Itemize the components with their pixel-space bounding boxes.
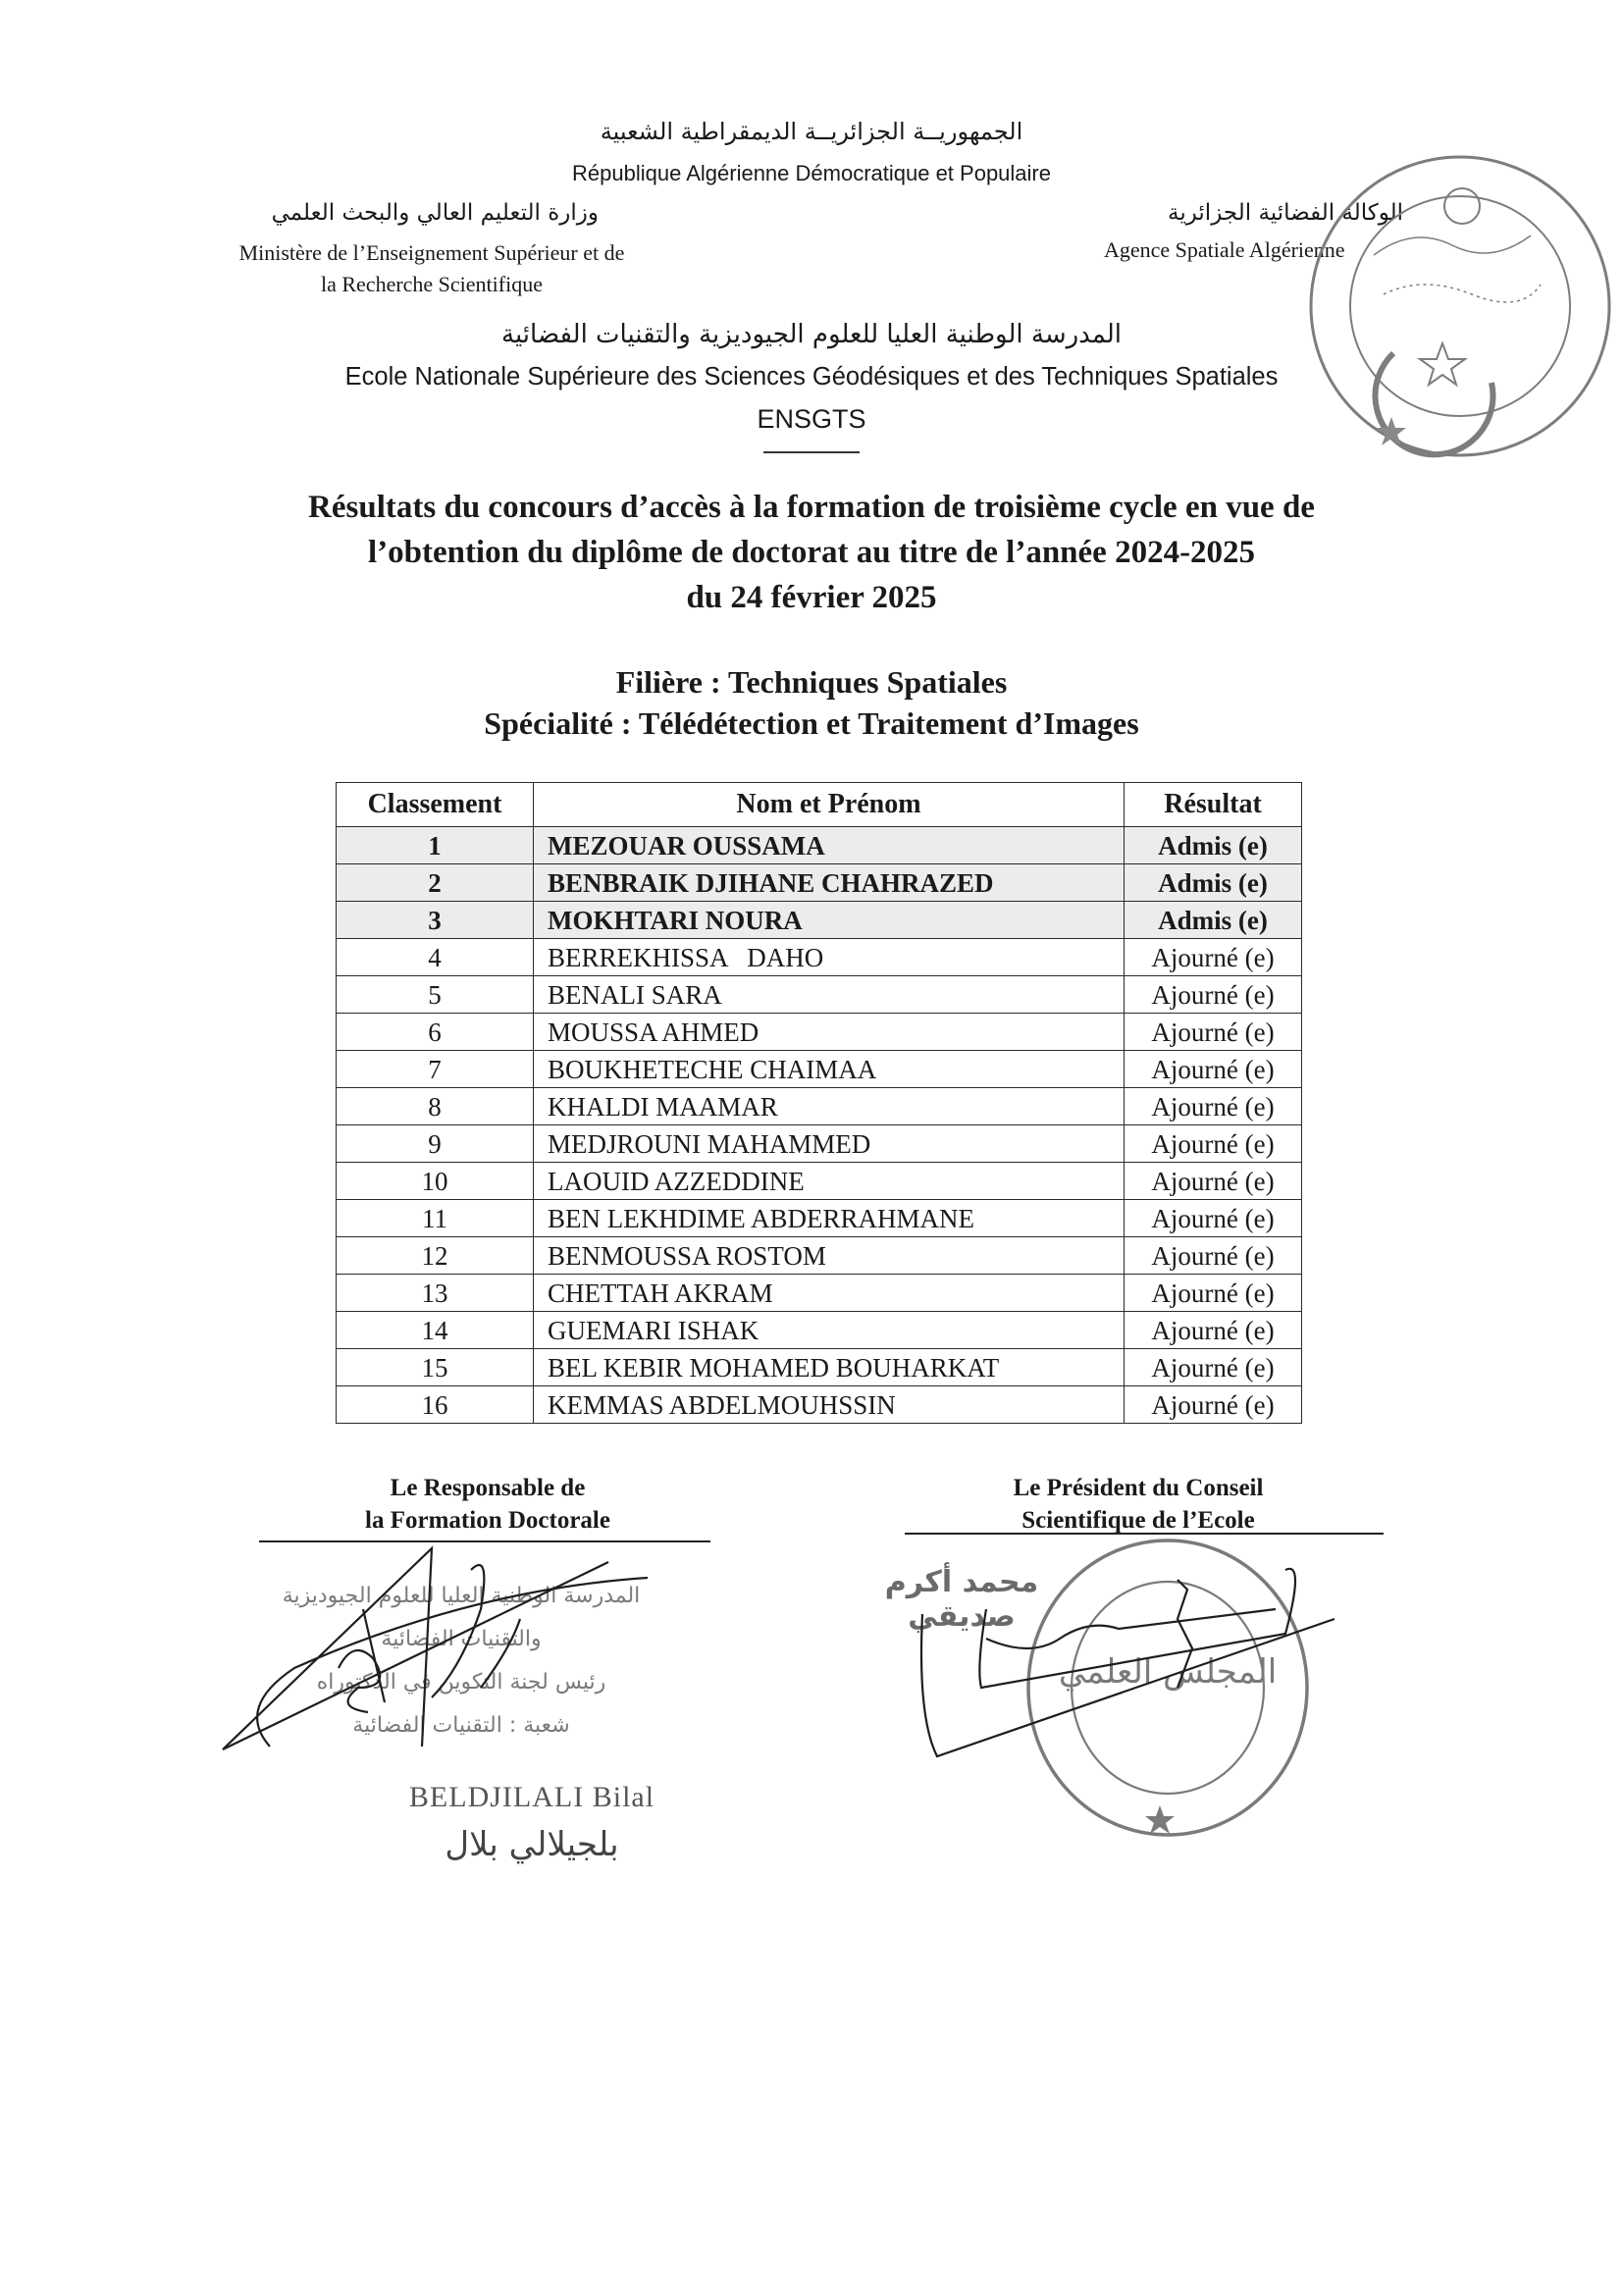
rank-cell: 11: [337, 1200, 534, 1237]
table-row: 13CHETTAH AKRAMAjourné (e): [337, 1275, 1302, 1312]
rank-cell: 16: [337, 1386, 534, 1424]
header-french-school: Ecole Nationale Supérieure des Sciences …: [0, 363, 1623, 391]
result-cell: Ajourné (e): [1125, 939, 1302, 976]
rank-cell: 12: [337, 1237, 534, 1275]
table-row: 7BOUKHETECHE CHAIMAAAjourné (e): [337, 1051, 1302, 1088]
left-stamp-line: رئيس لجنة التكوين في الدكتوراه: [265, 1661, 657, 1704]
name-cell: MOKHTARI NOURA: [534, 902, 1125, 939]
result-cell: Ajourné (e): [1125, 1237, 1302, 1275]
result-cell: Admis (e): [1125, 902, 1302, 939]
filiere-label: Filière : Techniques Spatiales: [0, 661, 1623, 703]
signer-left-name-arabic: بلجيلالي بلال: [365, 1825, 699, 1864]
column-header-rank: Classement: [337, 783, 534, 827]
name-cell: BENMOUSSA ROSTOM: [534, 1237, 1125, 1275]
name-cell: BEL KEBIR MOHAMED BOUHARKAT: [534, 1349, 1125, 1386]
name-cell: KEMMAS ABDELMOUHSSIN: [534, 1386, 1125, 1424]
result-cell: Ajourné (e): [1125, 1163, 1302, 1200]
rank-cell: 14: [337, 1312, 534, 1349]
name-cell: LAOUID AZZEDDINE: [534, 1163, 1125, 1200]
table-header-row: Classement Nom et Prénom Résultat: [337, 783, 1302, 827]
header-arabic-republic: الجمهوريــة الجزائريــة الديمقراطية الشع…: [0, 118, 1623, 145]
header-french-agency: Agence Spatiale Algérienne: [1104, 237, 1418, 263]
result-cell: Ajourné (e): [1125, 976, 1302, 1014]
table-row: 6MOUSSA AHMEDAjourné (e): [337, 1014, 1302, 1051]
signature-right-rule: [905, 1533, 1384, 1535]
title-line-1: Résultats du concours d’accès à la forma…: [147, 485, 1476, 530]
result-cell: Ajourné (e): [1125, 1200, 1302, 1237]
document-title: Résultats du concours d’accès à la forma…: [147, 485, 1476, 620]
name-cell: BENBRAIK DJIHANE CHAHRAZED: [534, 864, 1125, 902]
svg-text:المجلس العلمي: المجلس العلمي: [1059, 1652, 1277, 1692]
results-table-body: 1MEZOUAR OUSSAMAAdmis (e)2BENBRAIK DJIHA…: [337, 827, 1302, 1424]
program-info: Filière : Techniques Spatiales Spécialit…: [0, 661, 1623, 744]
rank-cell: 13: [337, 1275, 534, 1312]
rank-cell: 1: [337, 827, 534, 864]
result-cell: Ajourné (e): [1125, 1088, 1302, 1125]
result-cell: Ajourné (e): [1125, 1349, 1302, 1386]
result-cell: Ajourné (e): [1125, 1051, 1302, 1088]
name-cell: MEZOUAR OUSSAMA: [534, 827, 1125, 864]
rank-cell: 15: [337, 1349, 534, 1386]
table-row: 8KHALDI MAAMARAjourné (e): [337, 1088, 1302, 1125]
signature-left-title-line-1: Le Responsable de: [257, 1472, 718, 1504]
name-cell: BEN LEKHDIME ABDERRAHMANE: [534, 1200, 1125, 1237]
header-french-ministry: Ministère de l’Enseignement Supérieur et…: [186, 237, 677, 300]
left-stamp-text: المدرسة الوطنية العليا للعلوم الجيوديزية…: [265, 1575, 657, 1748]
table-row: 2BENBRAIK DJIHANE CHAHRAZEDAdmis (e): [337, 864, 1302, 902]
rank-cell: 3: [337, 902, 534, 939]
result-cell: Ajourné (e): [1125, 1312, 1302, 1349]
left-stamp-line: شعبة : التقنيات الفضائية: [265, 1704, 657, 1748]
table-row: 9MEDJROUNI MAHAMMEDAjourné (e): [337, 1125, 1302, 1163]
table-row: 15BEL KEBIR MOHAMED BOUHARKATAjourné (e): [337, 1349, 1302, 1386]
table-row: 5BENALI SARAAjourné (e): [337, 976, 1302, 1014]
column-header-name: Nom et Prénom: [534, 783, 1125, 827]
header-arabic-school: المدرسة الوطنية العليا للعلوم الجيوديزية…: [0, 320, 1623, 349]
name-cell: CHETTAH AKRAM: [534, 1275, 1125, 1312]
rank-cell: 9: [337, 1125, 534, 1163]
title-line-3: du 24 février 2025: [147, 575, 1476, 620]
table-row: 16KEMMAS ABDELMOUHSSINAjourné (e): [337, 1386, 1302, 1424]
signature-right-title: Le Président du Conseil Scientifique de …: [903, 1472, 1374, 1537]
rank-cell: 4: [337, 939, 534, 976]
header-arabic-agency: الوكالة الفضائية الجزائرية: [1099, 200, 1403, 226]
signature-right-title-line-1: Le Président du Conseil: [903, 1472, 1374, 1504]
name-cell: GUEMARI ISHAK: [534, 1312, 1125, 1349]
rank-cell: 8: [337, 1088, 534, 1125]
header-french-republic: République Algérienne Démocratique et Po…: [0, 161, 1623, 186]
rank-cell: 2: [337, 864, 534, 902]
school-acronym: ENSGTS: [0, 404, 1623, 435]
ministry-line-1: Ministère de l’Enseignement Supérieur et…: [186, 237, 677, 269]
signer-left-name-french: BELDJILALI Bilal: [365, 1781, 699, 1814]
results-table: Classement Nom et Prénom Résultat 1MEZOU…: [336, 782, 1302, 1424]
table-row: 10LAOUID AZZEDDINEAjourné (e): [337, 1163, 1302, 1200]
name-cell: MEDJROUNI MAHAMMED: [534, 1125, 1125, 1163]
table-row: 1MEZOUAR OUSSAMAAdmis (e): [337, 827, 1302, 864]
signature-left-rule: [259, 1540, 710, 1542]
result-cell: Ajourné (e): [1125, 1275, 1302, 1312]
header-arabic-ministry: وزارة التعليم العالي والبحث العلمي: [186, 200, 599, 226]
name-cell: BENALI SARA: [534, 976, 1125, 1014]
result-cell: Admis (e): [1125, 864, 1302, 902]
signature-left-title-line-2: la Formation Doctorale: [257, 1504, 718, 1537]
signature-left-title: Le Responsable de la Formation Doctorale: [257, 1472, 718, 1537]
rank-cell: 10: [337, 1163, 534, 1200]
table-row: 12BENMOUSSA ROSTOMAjourné (e): [337, 1237, 1302, 1275]
specialite-label: Spécialité : Télédétection et Traitement…: [0, 703, 1623, 744]
result-cell: Admis (e): [1125, 827, 1302, 864]
rank-cell: 5: [337, 976, 534, 1014]
left-stamp-line: والتقنيات الفضائية: [265, 1618, 657, 1661]
table-row: 14GUEMARI ISHAKAjourné (e): [337, 1312, 1302, 1349]
name-cell: BERREKHISSA DAHO: [534, 939, 1125, 976]
name-cell: KHALDI MAAMAR: [534, 1088, 1125, 1125]
table-row: 11BEN LEKHDIME ABDERRAHMANEAjourné (e): [337, 1200, 1302, 1237]
name-cell: MOUSSA AHMED: [534, 1014, 1125, 1051]
result-cell: Ajourné (e): [1125, 1014, 1302, 1051]
left-stamp-line: المدرسة الوطنية العليا للعلوم الجيوديزية: [265, 1575, 657, 1618]
result-cell: Ajourné (e): [1125, 1125, 1302, 1163]
rank-cell: 6: [337, 1014, 534, 1051]
name-cell: BOUKHETECHE CHAIMAA: [534, 1051, 1125, 1088]
signer-right-name-arabic: محمد أكرم صديقي: [844, 1565, 1079, 1634]
title-line-2: l’obtention du diplôme de doctorat au ti…: [147, 530, 1476, 575]
table-row: 4BERREKHISSA DAHOAjourné (e): [337, 939, 1302, 976]
result-cell: Ajourné (e): [1125, 1386, 1302, 1424]
rank-cell: 7: [337, 1051, 534, 1088]
table-row: 3MOKHTARI NOURAAdmis (e): [337, 902, 1302, 939]
acronym-underline: [763, 451, 860, 453]
column-header-result: Résultat: [1125, 783, 1302, 827]
ministry-line-2: la Recherche Scientifique: [186, 269, 677, 300]
